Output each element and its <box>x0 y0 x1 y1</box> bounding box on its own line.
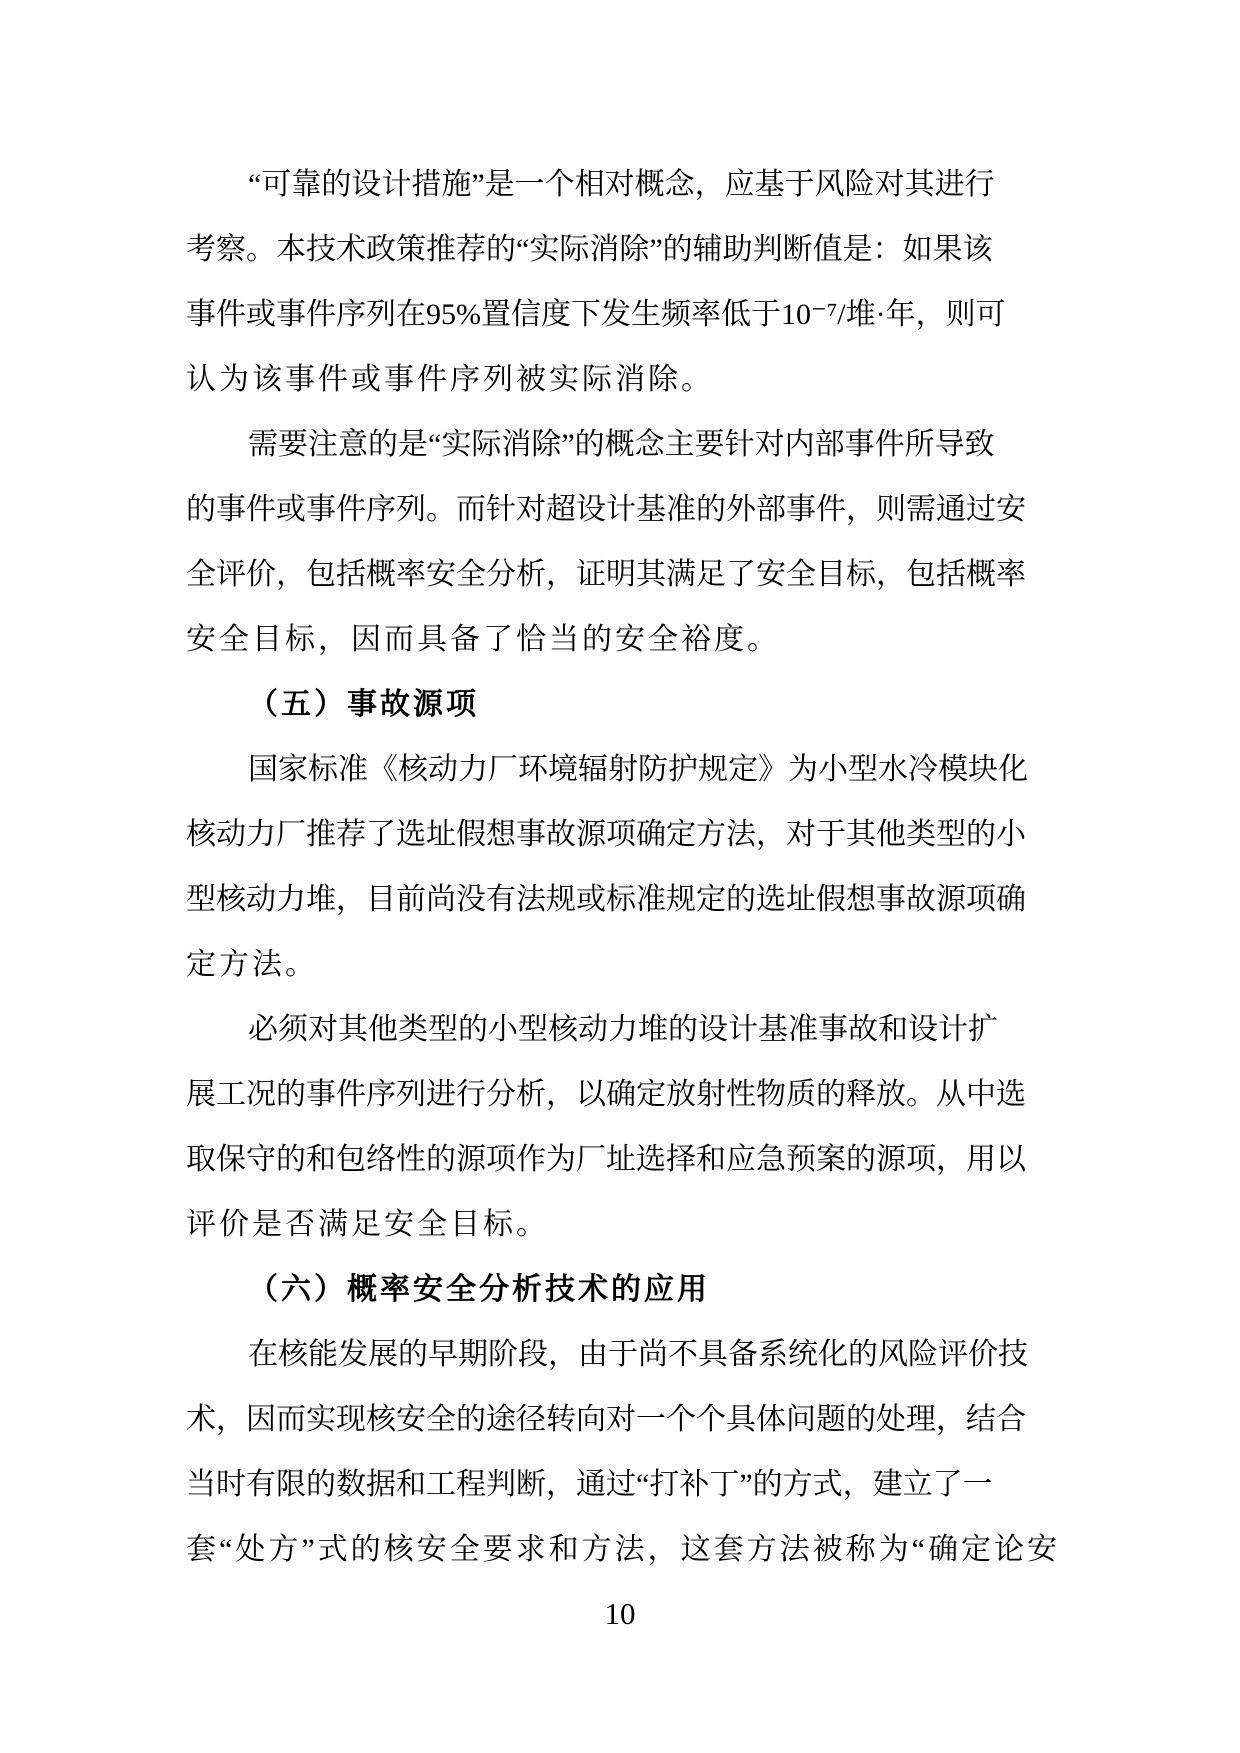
text-line: 当时有限的数据和工程判断，通过“打补丁”的方式，建立了一 <box>186 1452 978 1517</box>
text-line: 考察。本技术政策推荐的“实际消除”的辅助判断值是：如果该 <box>186 217 978 282</box>
page-number: 10 <box>0 1594 1240 1634</box>
text-line: 展工况的事件序列进行分析，以确定放射性物质的释放。从中选 <box>186 1062 978 1127</box>
text-line: 安全目标，因而具备了恰当的安全裕度。 <box>186 607 978 672</box>
text-line: 在核能发展的早期阶段，由于尚不具备系统化的风险评价技 <box>186 1322 978 1387</box>
section-heading: （六）概率安全分析技术的应用 <box>186 1257 978 1322</box>
document-body: “可靠的设计措施”是一个相对概念，应基于风险对其进行考察。本技术政策推荐的“实际… <box>186 152 978 1582</box>
text-line: 核动力厂推荐了选址假想事故源项确定方法，对于其他类型的小 <box>186 802 978 867</box>
text-line: 术，因而实现核安全的途径转向对一个个具体问题的处理，结合 <box>186 1387 978 1452</box>
text-line: 的事件或事件序列。而针对超设计基准的外部事件，则需通过安 <box>186 477 978 542</box>
text-line: “可靠的设计措施”是一个相对概念，应基于风险对其进行 <box>186 152 978 217</box>
text-line: 国家标准《核动力厂环境辐射防护规定》为小型水冷模块化 <box>186 737 978 802</box>
text-line: 全评价，包括概率安全分析，证明其满足了安全目标，包括概率 <box>186 542 978 607</box>
text-line: 评价是否满足安全目标。 <box>186 1192 978 1257</box>
text-line: 认为该事件或事件序列被实际消除。 <box>186 347 978 412</box>
text-line: 套“处方”式的核安全要求和方法，这套方法被称为“确定论安 <box>186 1517 978 1582</box>
text-line: 定方法。 <box>186 932 978 997</box>
text-line: 需要注意的是“实际消除”的概念主要针对内部事件所导致 <box>186 412 978 477</box>
section-heading: （五）事故源项 <box>186 672 978 737</box>
text-line: 取保守的和包络性的源项作为厂址选择和应急预案的源项，用以 <box>186 1127 978 1192</box>
document-page: “可靠的设计措施”是一个相对概念，应基于风险对其进行考察。本技术政策推荐的“实际… <box>0 0 1240 1753</box>
text-line: 必须对其他类型的小型核动力堆的设计基准事故和设计扩 <box>186 997 978 1062</box>
text-line: 型核动力堆，目前尚没有法规或标准规定的选址假想事故源项确 <box>186 867 978 932</box>
text-line: 事件或事件序列在95%置信度下发生频率低于10⁻⁷/堆·年，则可 <box>186 282 978 347</box>
